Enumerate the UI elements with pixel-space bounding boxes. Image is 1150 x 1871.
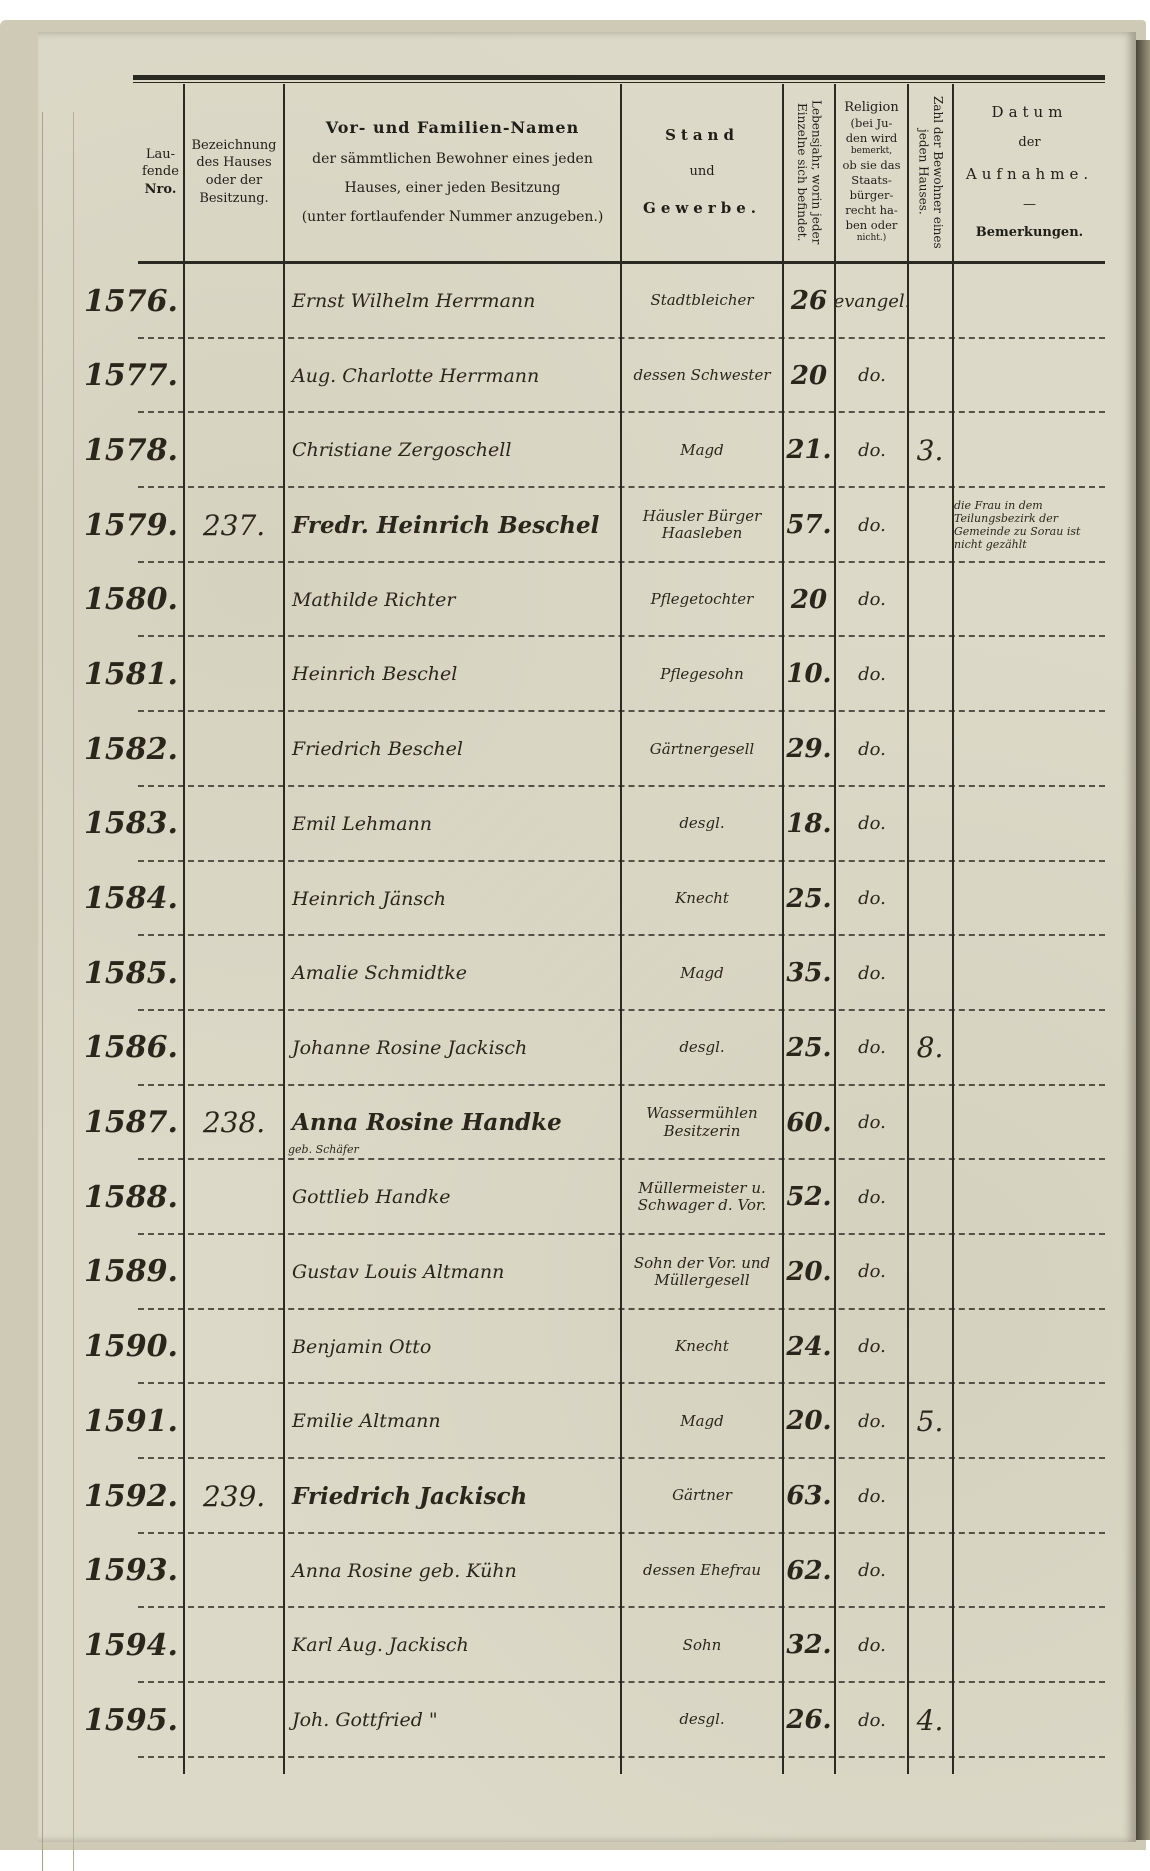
resident-name: Friedrich Beschel [286, 712, 627, 786]
header-title: Gewerbe. [643, 189, 761, 228]
age: 25. [784, 1011, 834, 1085]
table-row: 1595.Joh. Gottfried "desgl.26.do.4. [138, 1683, 1105, 1758]
header-title: Bemerkungen. [976, 219, 1083, 248]
table-row: 1576.Ernst Wilhelm HerrmannStadtbleicher… [138, 264, 1105, 339]
top-rule-thin [133, 82, 1105, 83]
resident-name: Gottlieb Handke [286, 1160, 627, 1234]
table-row: 1577.Aug. Charlotte Herrmanndessen Schwe… [138, 339, 1105, 414]
header-title: Stand [665, 116, 739, 155]
table-row: 1587.238.Anna Rosine Handkegeb. SchäferW… [138, 1086, 1105, 1161]
house-number: 238. [185, 1086, 283, 1160]
header-col-house: Bezeichnung des Hauses oder der Besitzun… [185, 86, 283, 258]
entry-number: 1580. [78, 563, 178, 637]
occupation: Wassermühlen Besitzerin [623, 1086, 781, 1160]
header-text: ob sie das [842, 158, 900, 173]
table-row: 1586.Johanne Rosine Jackischdesgl.25.do.… [138, 1011, 1105, 1086]
house-number [185, 1683, 283, 1757]
age: 20. [784, 1384, 834, 1458]
table-row: 1584.Heinrich JänschKnecht25.do. [138, 862, 1105, 937]
house-number [185, 1608, 283, 1682]
resident-name: Fredr. Heinrich Beschel [286, 488, 627, 562]
household-count [908, 712, 952, 786]
house-number [185, 264, 283, 338]
house-number [185, 1011, 283, 1085]
occupation: Gärtnergesell [623, 712, 781, 786]
remarks [954, 1534, 1104, 1608]
name-note: geb. Schäfer [288, 1143, 359, 1156]
header-text: recht ha- [845, 203, 898, 218]
entry-number: 1594. [78, 1608, 178, 1682]
header-text: der [1018, 129, 1040, 158]
household-count [908, 1608, 952, 1682]
household-count: 3. [908, 413, 952, 487]
header-text: (bei Ju- [851, 116, 893, 131]
header-title: Vor- und Familien-Namen [326, 111, 579, 145]
entry-number: 1586. [78, 1011, 178, 1085]
header-text: Staats- [851, 173, 892, 188]
house-number [185, 1534, 283, 1608]
household-count [908, 637, 952, 711]
header-text: Datum [992, 96, 1068, 129]
entry-number: 1582. [78, 712, 178, 786]
remarks [954, 787, 1104, 861]
household-count [908, 787, 952, 861]
occupation: desgl. [623, 787, 781, 861]
age: 35. [784, 936, 834, 1010]
occupation: Gärtner [623, 1459, 781, 1533]
household-count [908, 1086, 952, 1160]
resident-name: Anna Rosine geb. Kühn [286, 1534, 627, 1608]
religion: do. [838, 1086, 906, 1160]
religion: do. [838, 1235, 906, 1309]
remarks [954, 1086, 1104, 1160]
occupation: Magd [623, 1384, 781, 1458]
header-text: — [1023, 191, 1036, 220]
table-row: 1591.Emilie AltmannMagd20.do.5. [138, 1384, 1105, 1459]
occupation: Magd [623, 936, 781, 1010]
occupation: Knecht [623, 1310, 781, 1384]
occupation: Pflegetochter [623, 563, 781, 637]
resident-name: Mathilde Richter [286, 563, 627, 637]
religion: do. [838, 1160, 906, 1234]
resident-name: Emil Lehmann [286, 787, 627, 861]
age: 26. [784, 1683, 834, 1757]
religion: do. [838, 787, 906, 861]
house-number [185, 862, 283, 936]
header-text: Zahl der Bewohner eines jeden Hauses. [916, 90, 945, 255]
household-count [908, 1235, 952, 1309]
remarks [954, 936, 1104, 1010]
religion: do. [838, 1011, 906, 1085]
book-binding [1136, 40, 1150, 1840]
table-row: 1580.Mathilde RichterPflegetochter20do. [138, 563, 1105, 638]
household-count [908, 1459, 952, 1533]
remarks [954, 862, 1104, 936]
age: 21. [784, 413, 834, 487]
age: 26 [784, 264, 834, 338]
table-row: 1582.Friedrich BeschelGärtnergesell29.do… [138, 712, 1105, 787]
age: 10. [784, 637, 834, 711]
remarks [954, 1235, 1104, 1309]
religion: do. [838, 339, 906, 413]
occupation: Häusler Bürger Haasleben [623, 488, 781, 562]
age: 62. [784, 1534, 834, 1608]
header-text: bemerkt, [851, 146, 892, 158]
table-row: 1590.Benjamin OttoKnecht24.do. [138, 1310, 1105, 1385]
table-row: 1594.Karl Aug. JackischSohn32.do. [138, 1608, 1105, 1683]
household-count [908, 1534, 952, 1608]
header-text: und [689, 155, 714, 189]
remarks [954, 1683, 1104, 1757]
header-text: nicht.) [857, 233, 887, 245]
resident-name: Heinrich Beschel [286, 637, 627, 711]
remarks [954, 563, 1104, 637]
age: 57. [784, 488, 834, 562]
remarks [954, 1011, 1104, 1085]
religion: do. [838, 637, 906, 711]
resident-name: Emilie Altmann [286, 1384, 627, 1458]
resident-name: Benjamin Otto [286, 1310, 627, 1384]
register-rows: 1576.Ernst Wilhelm HerrmannStadtbleicher… [138, 264, 1105, 1758]
occupation: Sohn [623, 1608, 781, 1682]
remarks [954, 1384, 1104, 1458]
header-text: fende [142, 163, 179, 181]
occupation: desgl. [623, 1011, 781, 1085]
entry-number: 1587. [78, 1086, 178, 1160]
header-text: der sämmtlichen Bewohner eines jeden [312, 145, 593, 174]
household-count [908, 339, 952, 413]
header-col-nr: Lau- fende Nro. [138, 86, 183, 258]
entry-number: 1583. [78, 787, 178, 861]
age: 25. [784, 862, 834, 936]
occupation: desgl. [623, 1683, 781, 1757]
header-text: Religion [844, 100, 898, 117]
house-number [185, 413, 283, 487]
age: 24. [784, 1310, 834, 1384]
table-row: 1578.Christiane ZergoschellMagd21.do.3. [138, 413, 1105, 488]
religion: do. [838, 563, 906, 637]
household-count [908, 264, 952, 338]
table-row: 1593.Anna Rosine geb. Kühndessen Ehefrau… [138, 1534, 1105, 1609]
house-number [185, 1160, 283, 1234]
resident-name: Heinrich Jänsch [286, 862, 627, 936]
entry-number: 1584. [78, 862, 178, 936]
entry-number: 1578. [78, 413, 178, 487]
religion: do. [838, 1608, 906, 1682]
house-number [185, 563, 283, 637]
remarks [954, 1160, 1104, 1234]
entry-number: 1592. [78, 1459, 178, 1533]
house-number: 239. [185, 1459, 283, 1533]
religion: do. [838, 1459, 906, 1533]
header-text: oder der [206, 172, 262, 190]
resident-name: Gustav Louis Altmann [286, 1235, 627, 1309]
house-number [185, 936, 283, 1010]
top-rule [133, 75, 1105, 80]
table-row: 1579.237.Fredr. Heinrich BeschelHäusler … [138, 488, 1105, 563]
header-text: Besitzung. [199, 190, 268, 208]
religion: do. [838, 1310, 906, 1384]
entry-number: 1581. [78, 637, 178, 711]
household-count: 8. [908, 1011, 952, 1085]
religion: do. [838, 1534, 906, 1608]
religion: do. [838, 712, 906, 786]
house-number [185, 1384, 283, 1458]
resident-name: Ernst Wilhelm Herrmann [286, 264, 627, 338]
occupation: Knecht [623, 862, 781, 936]
occupation: Pflegesohn [623, 637, 781, 711]
entry-number: 1590. [78, 1310, 178, 1384]
resident-name: Amalie Schmidtke [286, 936, 627, 1010]
entry-number: 1588. [78, 1160, 178, 1234]
header-text: Bezeichnung [191, 137, 276, 155]
header-text: (unter fortlaufender Nummer anzugeben.) [302, 203, 604, 232]
house-number: 237. [185, 488, 283, 562]
household-count [908, 862, 952, 936]
remarks [954, 1459, 1104, 1533]
row-divider [138, 1755, 1105, 1758]
age: 20. [784, 1235, 834, 1309]
remarks [954, 264, 1104, 338]
religion: do. [838, 488, 906, 562]
house-number [185, 339, 283, 413]
header-col-stand: Stand und Gewerbe. [622, 86, 782, 258]
household-count [908, 936, 952, 1010]
occupation: Magd [623, 413, 781, 487]
header-text: des Hauses [196, 154, 271, 172]
occupation: Stadtbleicher [623, 264, 781, 338]
entry-number: 1576. [78, 264, 178, 338]
age: 63. [784, 1459, 834, 1533]
age: 60. [784, 1086, 834, 1160]
table-row: 1583.Emil Lehmanndesgl.18.do. [138, 787, 1105, 862]
religion: do. [838, 1683, 906, 1757]
resident-name: Joh. Gottfried " [286, 1683, 627, 1757]
resident-name: Johanne Rosine Jackisch [286, 1011, 627, 1085]
header-col-religion: Religion (bei Ju- den wird bemerkt, ob s… [836, 86, 907, 258]
age: 52. [784, 1160, 834, 1234]
remarks [954, 637, 1104, 711]
header-col-count: Zahl der Bewohner eines jeden Hauses. [909, 86, 952, 258]
remarks [954, 1608, 1104, 1682]
age: 20 [784, 339, 834, 413]
remarks [954, 339, 1104, 413]
entry-number: 1589. [78, 1235, 178, 1309]
religion: do. [838, 862, 906, 936]
age: 20 [784, 563, 834, 637]
header-text: Aufnahme. [966, 158, 1093, 191]
religion: do. [838, 413, 906, 487]
occupation: Sohn der Vor. und Müllergesell [623, 1235, 781, 1309]
household-count [908, 563, 952, 637]
table-row: 1585.Amalie SchmidtkeMagd35.do. [138, 936, 1105, 1011]
header-col-name: Vor- und Familien-Namen der sämmtlichen … [285, 86, 620, 258]
remarks [954, 1310, 1104, 1384]
remarks [954, 413, 1104, 487]
house-number [185, 1235, 283, 1309]
table-row: 1592.239.Friedrich JackischGärtner63.do. [138, 1459, 1105, 1534]
household-count: 4. [908, 1683, 952, 1757]
entry-number: 1579. [78, 488, 178, 562]
header-text: Hauses, einer jeden Besitzung [345, 174, 561, 203]
header-text: Lebensjahr, worin jeder Einzelne sich be… [795, 90, 824, 255]
header-text: Nro. [145, 181, 177, 199]
occupation: dessen Schwester [623, 339, 781, 413]
household-count [908, 1160, 952, 1234]
header-col-age: Lebensjahr, worin jeder Einzelne sich be… [784, 86, 834, 258]
remarks: die Frau in dem Teilungsbezirk der Gemei… [954, 488, 1104, 562]
house-number [185, 1310, 283, 1384]
resident-name: Christiane Zergoschell [286, 413, 627, 487]
household-count [908, 488, 952, 562]
entry-number: 1577. [78, 339, 178, 413]
occupation: Müllermeister u. Schwager d. Vor. [623, 1160, 781, 1234]
occupation: dessen Ehefrau [623, 1534, 781, 1608]
house-number [185, 712, 283, 786]
header-text: den wird [846, 131, 898, 146]
resident-name: Friedrich Jackisch [286, 1459, 627, 1533]
resident-name: Aug. Charlotte Herrmann [286, 339, 627, 413]
header-text: ben oder [846, 218, 898, 233]
header-text: bürger- [850, 188, 894, 203]
remarks [954, 712, 1104, 786]
age: 29. [784, 712, 834, 786]
age: 18. [784, 787, 834, 861]
table-row: 1581.Heinrich BeschelPflegesohn10.do. [138, 637, 1105, 712]
household-count [908, 1310, 952, 1384]
header-text: Lau- [146, 146, 175, 164]
religion: do. [838, 1384, 906, 1458]
religion: evangel. [838, 264, 906, 338]
header-col-remarks: Datum der Aufnahme. — Bemerkungen. [954, 86, 1105, 258]
house-number [185, 787, 283, 861]
age: 32. [784, 1608, 834, 1682]
table-row: 1589.Gustav Louis AltmannSohn der Vor. u… [138, 1235, 1105, 1310]
page-edge-lines [42, 112, 74, 1871]
entry-number: 1593. [78, 1534, 178, 1608]
religion: do. [838, 936, 906, 1010]
entry-number: 1591. [78, 1384, 178, 1458]
house-number [185, 637, 283, 711]
resident-name: Karl Aug. Jackisch [286, 1608, 627, 1682]
entry-number: 1595. [78, 1683, 178, 1757]
table-row: 1588.Gottlieb HandkeMüllermeister u. Sch… [138, 1160, 1105, 1235]
entry-number: 1585. [78, 936, 178, 1010]
household-count: 5. [908, 1384, 952, 1458]
